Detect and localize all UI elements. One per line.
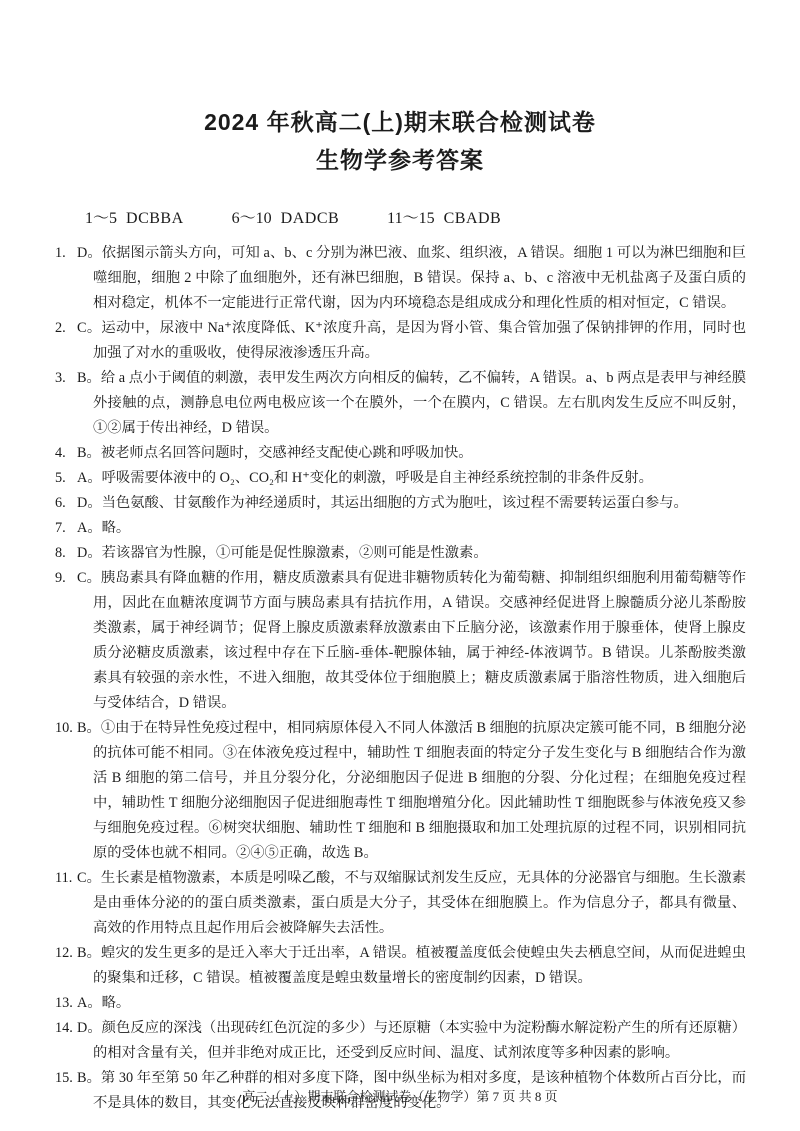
item-explanation: A。略。 — [77, 520, 130, 536]
answer-range: 11～15 — [387, 210, 434, 227]
item-explanation: A。略。 — [77, 995, 130, 1011]
item-number: 13. — [55, 991, 77, 1016]
answer-letters: CBADB — [444, 210, 502, 227]
item-explanation: D。若该器官为性腺，①可能是促性腺激素，②则可能是性激素。 — [77, 545, 488, 561]
item-explanation: D。当色氨酸、甘氨酸作为神经递质时，其运出细胞的方式为胞吐，该过程不需要转运蛋白… — [77, 495, 688, 511]
item-explanation: D。颜色反应的深浅（出现砖红色沉淀的多少）与还原糖（本实验中为淀粉酶水解淀粉产生… — [77, 1020, 746, 1061]
answer-summary: 1～5DCBBA6～10DADCB11～15CBADB — [55, 208, 745, 230]
item-number: 12. — [55, 941, 77, 966]
answer-item: 5.A。呼吸需要体液中的 O₂、CO₂和 H⁺变化的刺激，呼吸是自主神经系统控制… — [55, 466, 746, 491]
answer-item: 14.D。颜色反应的深浅（出现砖红色沉淀的多少）与还原糖（本实验中为淀粉酶水解淀… — [55, 1016, 746, 1066]
answer-range: 1～5 — [85, 210, 117, 227]
answer-item: 2.C。运动中，尿液中 Na⁺浓度降低、K⁺浓度升高，是因为肾小管、集合管加强了… — [55, 316, 746, 366]
answer-group: 6～10DADCB — [232, 210, 340, 227]
answer-item: 1.D。依据图示箭头方向，可知 a、b、c 分别为淋巴液、血浆、组织液，A 错误… — [55, 241, 746, 316]
answer-key-subtitle: 生物学参考答案 — [0, 144, 800, 176]
answer-item: 10.B。①由于在特异性免疫过程中，相同病原体侵入不同人体激活 B 细胞的抗原决… — [55, 716, 746, 866]
page-footer: 高二（上）期末联合检测试卷（生物学）第 7 页 共 8 页 — [0, 1086, 800, 1105]
answer-item: 13.A。略。 — [55, 991, 746, 1016]
answer-item: 11.C。生长素是植物激素，本质是吲哚乙酸，不与双缩脲试剂发生反应，无具体的分泌… — [55, 866, 746, 941]
item-number: 1. — [55, 241, 77, 266]
item-explanation: B。①由于在特异性免疫过程中，相同病原体侵入不同人体激活 B 细胞的抗原决定簇可… — [77, 720, 746, 861]
answer-letters: DCBBA — [126, 210, 184, 227]
answer-key-page: 2024 年秋高二(上)期末联合检测试卷 生物学参考答案 1～5DCBBA6～1… — [0, 0, 800, 1131]
answer-item: 7.A。略。 — [55, 516, 746, 541]
answer-item: 8.D。若该器官为性腺，①可能是促性腺激素，②则可能是性激素。 — [55, 541, 746, 566]
item-number: 3. — [55, 366, 77, 391]
answer-group: 1～5DCBBA — [85, 210, 184, 227]
answer-group: 11～15CBADB — [387, 210, 501, 227]
item-number: 7. — [55, 516, 77, 541]
answer-letters: DADCB — [281, 210, 340, 227]
exam-title: 2024 年秋高二(上)期末联合检测试卷 — [0, 0, 800, 138]
item-explanation: B。给 a 点小于阈值的刺激，表甲发生两次方向相反的偏转，乙不偏转，A 错误。a… — [77, 370, 746, 436]
item-number: 2. — [55, 316, 77, 341]
explanation-list: 1.D。依据图示箭头方向，可知 a、b、c 分别为淋巴液、血浆、组织液，A 错误… — [55, 241, 746, 1116]
item-explanation: B。蝗灾的发生更多的是迁入率大于迁出率，A 错误。植被覆盖度低会使蝗虫失去栖息空… — [77, 945, 746, 986]
item-number: 5. — [55, 466, 77, 491]
answer-item: 9.C。胰岛素具有降血糖的作用，糖皮质激素具有促进非糖物质转化为葡萄糖、抑制组织… — [55, 566, 746, 716]
item-number: 9. — [55, 566, 77, 591]
item-explanation: C。生长素是植物激素，本质是吲哚乙酸，不与双缩脲试剂发生反应，无具体的分泌器官与… — [77, 870, 746, 936]
item-explanation: A。呼吸需要体液中的 O₂、CO₂和 H⁺变化的刺激，呼吸是自主神经系统控制的非… — [77, 470, 653, 486]
item-number: 11. — [55, 866, 77, 891]
item-explanation: C。胰岛素具有降血糖的作用，糖皮质激素具有促进非糖物质转化为葡萄糖、抑制组织细胞… — [77, 570, 746, 711]
item-explanation: D。依据图示箭头方向，可知 a、b、c 分别为淋巴液、血浆、组织液，A 错误。细… — [77, 245, 746, 311]
item-number: 4. — [55, 441, 77, 466]
item-number: 6. — [55, 491, 77, 516]
item-explanation: B。被老师点名回答问题时，交感神经支配使心跳和呼吸加快。 — [77, 445, 473, 461]
item-number: 10. — [55, 716, 77, 741]
item-number: 8. — [55, 541, 77, 566]
item-number: 14. — [55, 1016, 77, 1041]
answer-item: 3.B。给 a 点小于阈值的刺激，表甲发生两次方向相反的偏转，乙不偏转，A 错误… — [55, 366, 746, 441]
answer-item: 12.B。蝗灾的发生更多的是迁入率大于迁出率，A 错误。植被覆盖度低会使蝗虫失去… — [55, 941, 746, 991]
answer-range: 6～10 — [232, 210, 272, 227]
item-explanation: C。运动中，尿液中 Na⁺浓度降低、K⁺浓度升高，是因为肾小管、集合管加强了保钠… — [77, 320, 746, 361]
answer-item: 4.B。被老师点名回答问题时，交感神经支配使心跳和呼吸加快。 — [55, 441, 746, 466]
answer-item: 6.D。当色氨酸、甘氨酸作为神经递质时，其运出细胞的方式为胞吐，该过程不需要转运… — [55, 491, 746, 516]
